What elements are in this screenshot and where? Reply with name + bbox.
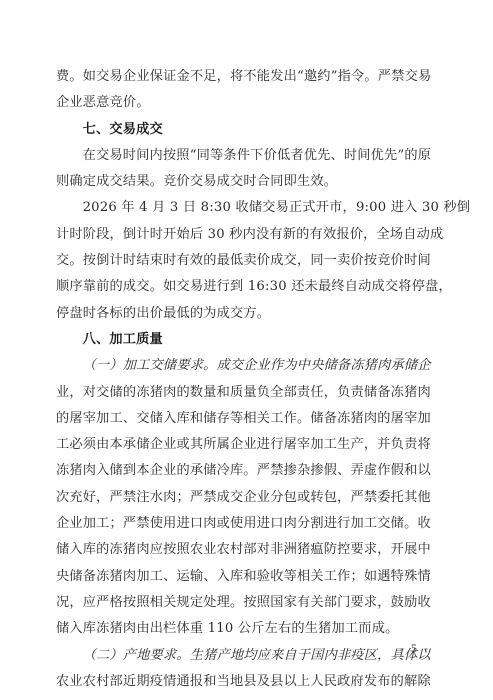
paragraph-line: 则确定成交结果。竞价交易成交时合同即生效。 <box>56 169 430 195</box>
subsection-marker-2: （二） <box>83 648 123 663</box>
paragraph-line: 顺序靠前的成交。如交易进行到 16:30 还未最终自动成交将停盘， <box>56 274 430 300</box>
paragraph-line: 储入库冻猪肉由出栏体重 110 公斤左右的生猪加工而成。 <box>56 616 430 642</box>
subsection-text: 加工交储要求。成交企业作为中央储备冻猪肉承储企 <box>123 358 431 373</box>
page-body: 费。如交易企业保证金不足，将不能发出“邀约”指令。严禁交易 企业恶意竞价。 七、… <box>56 64 430 695</box>
subsection-marker-1: （一） <box>83 358 123 373</box>
subsection-text: 产地要求。生猪产地均应来自于国内非疫区，具体以 <box>123 648 431 663</box>
paragraph-line: 计时阶段，倒计时开始后 30 秒内没有新的有效报价，全场自动成 <box>56 222 430 248</box>
paragraph-line: 次充好，严禁注水肉；严禁成交企业分包或转包，严禁委托其他 <box>56 485 430 511</box>
page-number: - 5 - <box>400 641 430 656</box>
section-heading-7: 七、交易成交 <box>56 117 430 143</box>
section-heading-8: 八、加工质量 <box>56 327 430 353</box>
paragraph-line: 农业农村部近期疫情通报和当地县及县以上人民政府发布的解除 <box>56 669 430 695</box>
paragraph-line: 冻猪肉入储到本企业的承储冷库。严禁掺杂掺假、弄虚作假和以 <box>56 458 430 484</box>
paragraph-line: 工必须由本承储企业或其所属企业进行屠宰加工生产，并负责将 <box>56 432 430 458</box>
paragraph-line: 在交易时间内按照“同等条件下价低者优先、时间优先”的原 <box>56 143 430 169</box>
paragraph-line: 2026 年 4 月 3 日 8:30 收储交易正式开市，9:00 进入 30 … <box>56 195 430 221</box>
paragraph-line: 况，应严格按照相关规定处理。按照国家有关部门要求，鼓励收 <box>56 590 430 616</box>
paragraph-line: 交。按倒计时结束时有效的最低卖价成交，同一卖价按竞价时间 <box>56 248 430 274</box>
document-page: 费。如交易企业保证金不足，将不能发出“邀约”指令。严禁交易 企业恶意竞价。 七、… <box>0 0 493 700</box>
paragraph-line: 企业恶意竞价。 <box>56 90 430 116</box>
paragraph-line: 停盘时各标的出价最低的为成交方。 <box>56 301 430 327</box>
subsection-line-1: （一）加工交储要求。成交企业作为中央储备冻猪肉承储企 <box>56 353 430 379</box>
subsection-line-2: （二）产地要求。生猪产地均应来自于国内非疫区，具体以 <box>56 643 430 669</box>
paragraph-line: 央储备冻猪肉加工、运输、入库和验收等相关工作；如遇特殊情 <box>56 564 430 590</box>
paragraph-line: 企业加工；严禁使用进口肉或使用进口肉分割进行加工交储。收 <box>56 511 430 537</box>
paragraph-line: 业，对交储的冻猪肉的数量和质量负全部责任，负责储备冻猪肉 <box>56 380 430 406</box>
paragraph-line: 的屠宰加工、交储入库和储存等相关工作。储备冻猪肉的屠宰加 <box>56 406 430 432</box>
paragraph-line: 储入库的冻猪肉应按照农业农村部对非洲猪瘟防控要求，开展中 <box>56 537 430 563</box>
paragraph-line: 费。如交易企业保证金不足，将不能发出“邀约”指令。严禁交易 <box>56 64 430 90</box>
